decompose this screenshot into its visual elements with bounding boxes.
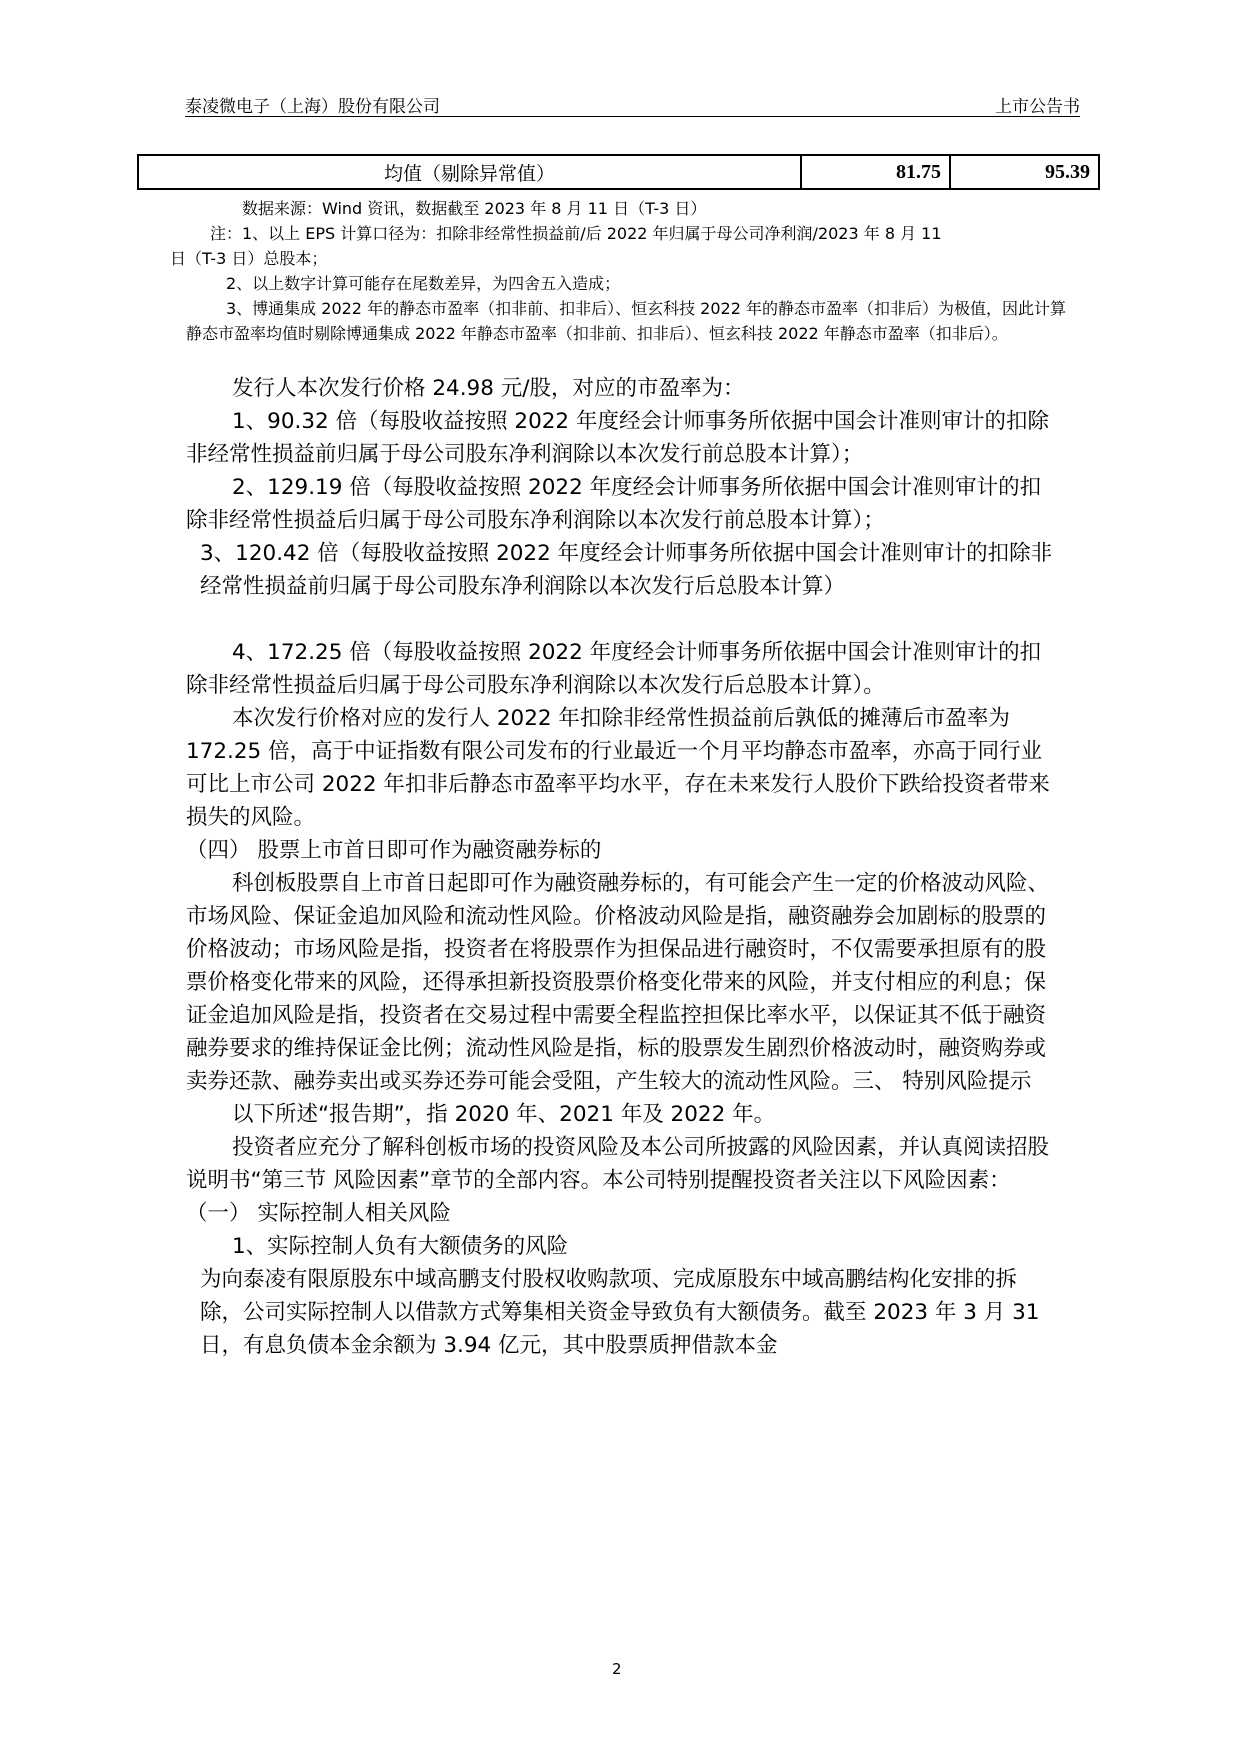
row-label: 均值（剔除异常值） bbox=[138, 155, 801, 189]
pe-risk-paragraph: 本次发行价格对应的发行人 2022 年扣除非经常性损益前后孰低的摊薄后市盈率为 … bbox=[186, 702, 1056, 834]
note-3: 3、博通集成 2022 年的静态市盈率（扣非前、扣非后）、恒玄科技 2022 年… bbox=[170, 296, 1066, 346]
table-row: 均值（剔除异常值） 81.75 95.39 bbox=[138, 155, 1099, 189]
pe-before-value: 81.75 bbox=[801, 155, 950, 189]
note-1: 注：1、以上 EPS 计算口径为：扣除非经常性损益前/后 2022 年归属于母公… bbox=[170, 221, 1066, 246]
issue-price-intro: 发行人本次发行价格 24.98 元/股，对应的市盈率为： bbox=[186, 372, 1056, 405]
table-notes: 数据来源：Wind 资讯，数据截至 2023 年 8 月 11 日（T-3 日）… bbox=[186, 196, 1066, 346]
document-type: 上市公告书 bbox=[995, 92, 1080, 117]
data-source: 数据来源：Wind 资讯，数据截至 2023 年 8 月 11 日（T-3 日） bbox=[186, 196, 1066, 221]
subsection-1-paragraph: 为向泰凌有限原股东中域高鹏支付股权收购款项、完成原股东中域高鹏结构化安排的拆除，… bbox=[186, 1263, 1056, 1362]
investor-notice-paragraph: 投资者应充分了解科创板市场的投资风险及本公司所披露的风险因素，并认真阅读招股说明… bbox=[186, 1131, 1056, 1197]
page-header: 泰凌微电子（上海）股份有限公司 上市公告书 bbox=[185, 90, 1080, 117]
company-name: 泰凌微电子（上海）股份有限公司 bbox=[185, 92, 440, 117]
pe-average-table: 均值（剔除异常值） 81.75 95.39 bbox=[137, 154, 1100, 190]
note-2: 2、以上数字计算可能存在尾数差异，为四舍五入造成； bbox=[170, 271, 1066, 296]
note-1-cont: 日（T-3 日）总股本； bbox=[170, 246, 1066, 271]
section-4-paragraph: 科创板股票自上市首日起即可作为融资融券标的，有可能会产生一定的价格波动风险、市场… bbox=[186, 867, 1056, 1098]
subsection-1-heading: 1、实际控制人负有大额债务的风险 bbox=[186, 1230, 1056, 1263]
section-1-heading: （一） 实际控制人相关风险 bbox=[186, 1197, 1056, 1230]
blank-line bbox=[186, 603, 1056, 636]
pe-item-3: 3、120.42 倍（每股收益按照 2022 年度经会计师事务所依据中国会计准则… bbox=[186, 537, 1056, 603]
page-number: 2 bbox=[612, 1660, 622, 1678]
pe-after-value: 95.39 bbox=[950, 155, 1099, 189]
body-text: 发行人本次发行价格 24.98 元/股，对应的市盈率为： 1、90.32 倍（每… bbox=[186, 372, 1056, 1362]
pe-item-4: 4、172.25 倍（每股收益按照 2022 年度经会计师事务所依据中国会计准则… bbox=[186, 636, 1056, 702]
section-4-heading: （四） 股票上市首日即可作为融资融券标的 bbox=[186, 834, 1056, 867]
pe-item-2: 2、129.19 倍（每股收益按照 2022 年度经会计师事务所依据中国会计准则… bbox=[186, 471, 1056, 537]
report-period-paragraph: 以下所述“报告期”，指 2020 年、2021 年及 2022 年。 bbox=[186, 1098, 1056, 1131]
pe-item-1: 1、90.32 倍（每股收益按照 2022 年度经会计师事务所依据中国会计准则审… bbox=[186, 405, 1056, 471]
